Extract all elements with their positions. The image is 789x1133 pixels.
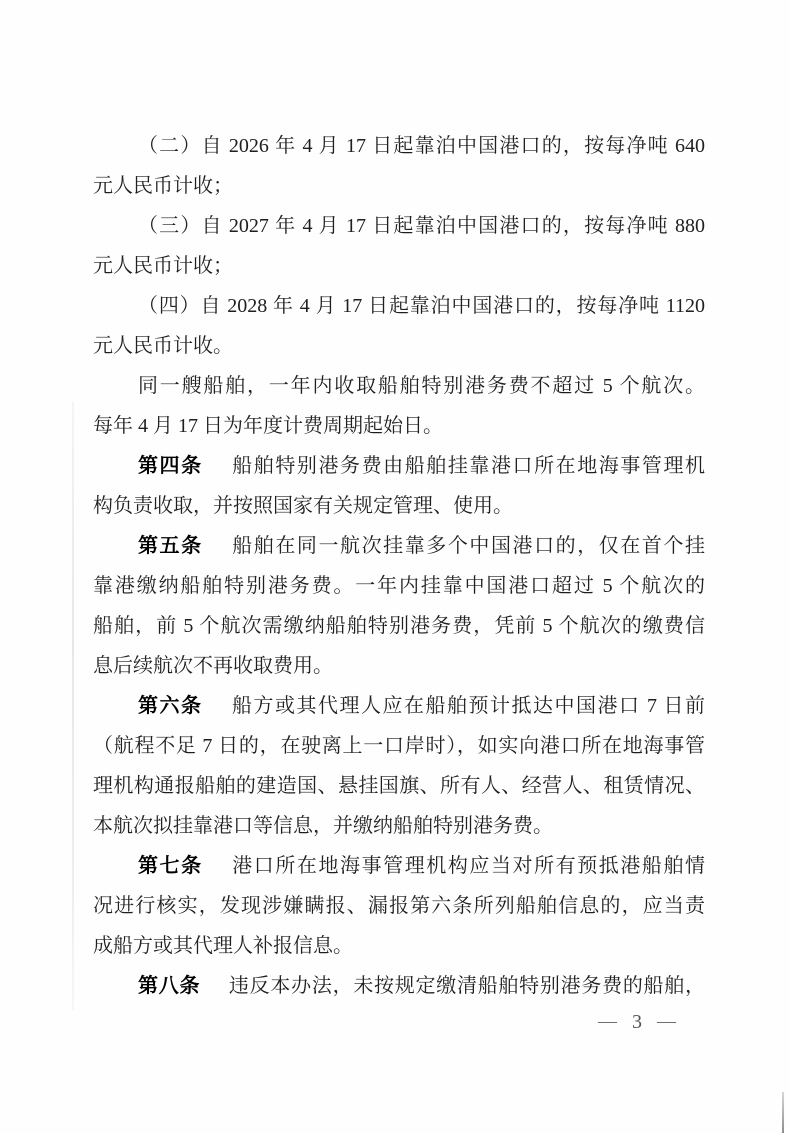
line-text: 船舶在同一航次挂靠多个中国港口的，仅在首个挂: [211, 535, 705, 557]
text-line: 靠港缴纳船舶特别港务费。一年内挂靠中国港口超过 5 个航次的: [93, 566, 705, 606]
line-text: 理机构通报船舶的建造国、悬挂国旗、所有人、经营人、租赁情况、: [93, 775, 705, 797]
article-number: 第六条: [138, 695, 203, 717]
text-line: 每年 4 月 17 日为年度计费周期起始日。: [93, 406, 705, 446]
line-text: 船舶特别港务费由船舶挂靠港口所在地海事管理机: [211, 455, 705, 477]
text-line: 理机构通报船舶的建造国、悬挂国旗、所有人、经营人、租赁情况、: [93, 766, 705, 806]
line-text: 成船方或其代理人补报信息。: [93, 935, 353, 957]
line-text: （二）自 2026 年 4 月 17 日起靠泊中国港口的，按每净吨 640: [138, 135, 705, 157]
text-line: 第五条 船舶在同一航次挂靠多个中国港口的，仅在首个挂: [93, 526, 705, 566]
line-text: 构负责收取，并按照国家有关规定管理、使用。: [93, 495, 513, 517]
line-text: 息后续航次不再收取费用。: [93, 655, 333, 677]
scan-artifact-left-line: [72, 402, 74, 1010]
article-number: 第八条: [138, 975, 200, 997]
document-text-block: （二）自 2026 年 4 月 17 日起靠泊中国港口的，按每净吨 640元人民…: [93, 126, 705, 1006]
text-line: 第八条 违反本办法，未按规定缴清船舶特别港务费的船舶，: [93, 966, 705, 1006]
line-text: 元人民币计收。: [93, 335, 233, 357]
line-text: （航程不足 7 日的，在驶离上一口岸时），如实向港口所在地海事管: [93, 735, 705, 757]
text-line: 船舶，前 5 个航次需缴纳船舶特别港务费，凭前 5 个航次的缴费信: [93, 606, 705, 646]
page-number-dash-left: —: [598, 1011, 617, 1033]
text-line: 元人民币计收。: [93, 326, 705, 366]
line-text: （三）自 2027 年 4 月 17 日起靠泊中国港口的，按每净吨 880: [138, 215, 705, 237]
line-text: 元人民币计收；: [93, 255, 233, 277]
text-line: （二）自 2026 年 4 月 17 日起靠泊中国港口的，按每净吨 640: [93, 126, 705, 166]
text-line: 构负责收取，并按照国家有关规定管理、使用。: [93, 486, 705, 526]
text-line: （三）自 2027 年 4 月 17 日起靠泊中国港口的，按每净吨 880: [93, 206, 705, 246]
page-number: — 3 —: [598, 1006, 676, 1038]
line-text: 船舶，前 5 个航次需缴纳船舶特别港务费，凭前 5 个航次的缴费信: [93, 615, 705, 637]
text-line: （航程不足 7 日的，在驶离上一口岸时），如实向港口所在地海事管: [93, 726, 705, 766]
page-number-dash-right: —: [657, 1011, 676, 1033]
line-text: 元人民币计收；: [93, 175, 233, 197]
document-page: （二）自 2026 年 4 月 17 日起靠泊中国港口的，按每净吨 640元人民…: [0, 0, 789, 1133]
text-line: 息后续航次不再收取费用。: [93, 646, 705, 686]
text-line: 况进行核实，发现涉嫌瞒报、漏报第六条所列船舶信息的，应当责: [93, 886, 705, 926]
text-line: 成船方或其代理人补报信息。: [93, 926, 705, 966]
line-text: 船方或其代理人应在船舶预计抵达中国港口 7 日前: [211, 695, 706, 717]
article-number: 第七条: [138, 855, 203, 877]
text-line: 第四条 船舶特别港务费由船舶挂靠港口所在地海事管理机: [93, 446, 705, 486]
line-text: 违反本办法，未按规定缴清船舶特别港务费的船舶，: [208, 975, 705, 997]
scan-artifact-corner-line: [782, 1092, 784, 1133]
text-line: （四）自 2028 年 4 月 17 日起靠泊中国港口的，按每净吨 1120: [93, 286, 705, 326]
text-line: 第七条 港口所在地海事管理机构应当对所有预抵港船舶情: [93, 846, 705, 886]
line-text: （四）自 2028 年 4 月 17 日起靠泊中国港口的，按每净吨 1120: [138, 295, 705, 317]
text-line: 同一艘船舶，一年内收取船舶特别港务费不超过 5 个航次。: [93, 366, 705, 406]
line-text: 本航次拟挂靠港口等信息，并缴纳船舶特别港务费。: [93, 815, 553, 837]
line-text: 况进行核实，发现涉嫌瞒报、漏报第六条所列船舶信息的，应当责: [93, 895, 705, 917]
page-number-value: 3: [632, 1011, 642, 1034]
article-number: 第四条: [138, 455, 203, 477]
text-line: 元人民币计收；: [93, 166, 705, 206]
article-number: 第五条: [138, 535, 203, 557]
text-line: 第六条 船方或其代理人应在船舶预计抵达中国港口 7 日前: [93, 686, 705, 726]
line-text: 靠港缴纳船舶特别港务费。一年内挂靠中国港口超过 5 个航次的: [93, 575, 705, 597]
line-text: 港口所在地海事管理机构应当对所有预抵港船舶情: [211, 855, 705, 877]
text-line: 元人民币计收；: [93, 246, 705, 286]
line-text: 每年 4 月 17 日为年度计费周期起始日。: [93, 415, 443, 437]
line-text: 同一艘船舶，一年内收取船舶特别港务费不超过 5 个航次。: [138, 375, 705, 397]
text-line: 本航次拟挂靠港口等信息，并缴纳船舶特别港务费。: [93, 806, 705, 846]
